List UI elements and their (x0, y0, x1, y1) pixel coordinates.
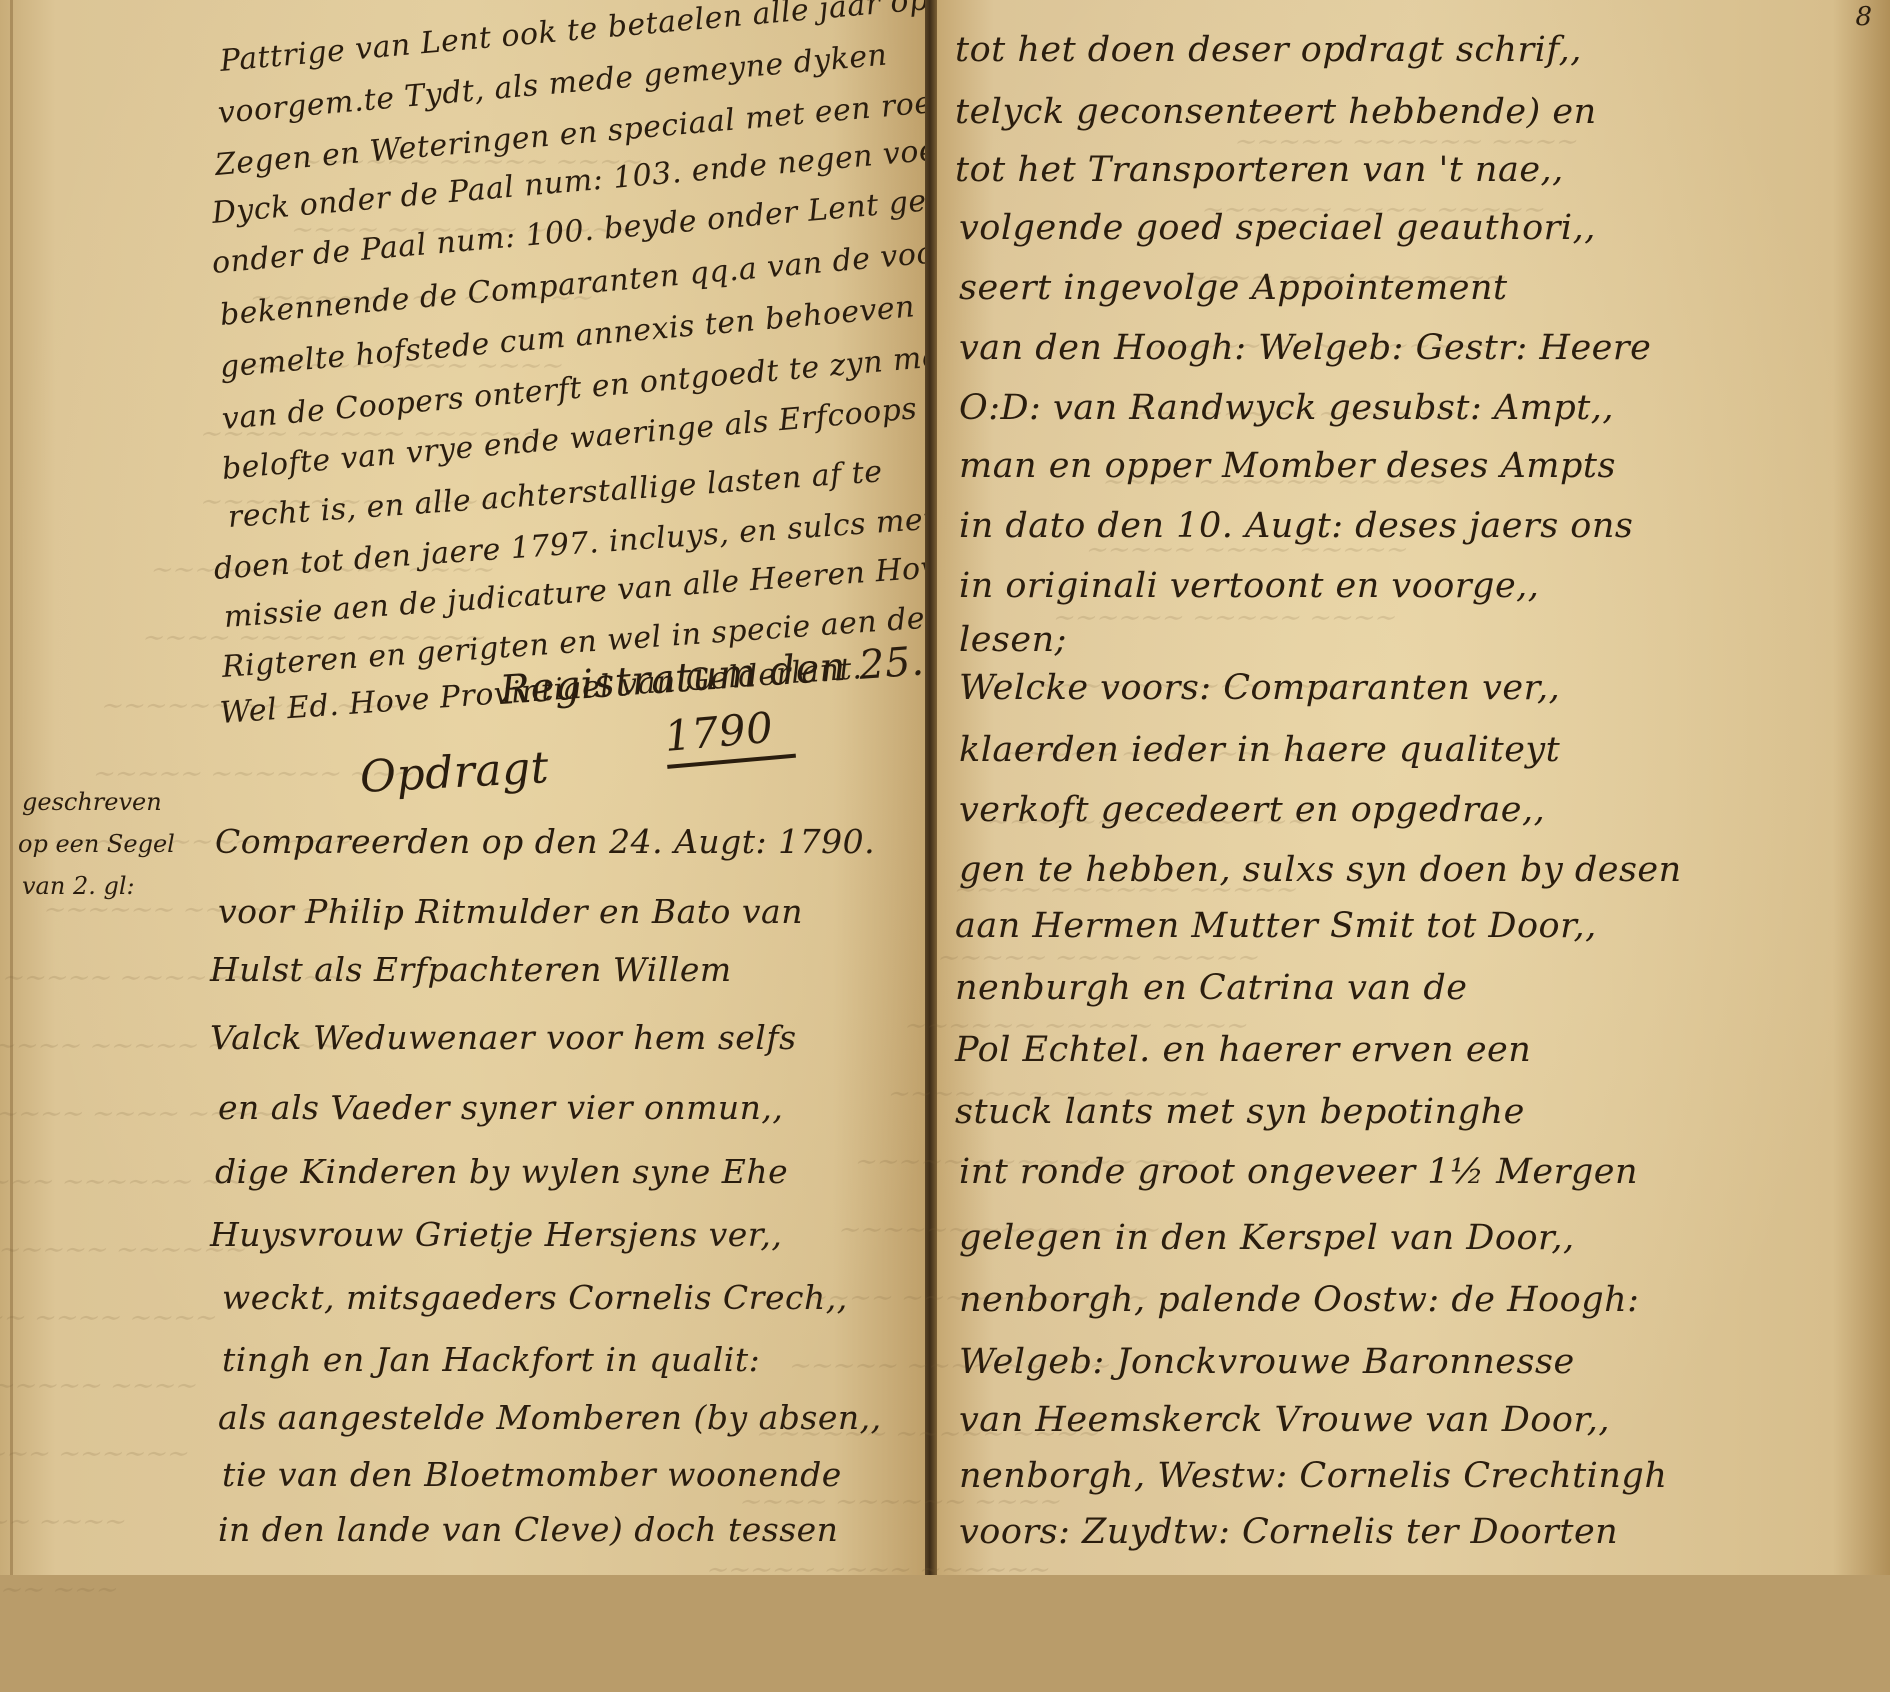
text-line: gelegen in den Kerspel van Door,, (959, 1218, 1575, 1258)
text-line: in originali vertoont en voorge,, (959, 566, 1539, 606)
margin-note-line: geschreven (22, 788, 162, 816)
right-page: ~~~~~ ~~~~~~ ~~~~ ~~~~~~ ~~~~ ~~~~~ ~~~~… (937, 0, 1890, 1575)
text-line: Huysvrouw Grietje Hersjens ver,, (210, 1215, 782, 1254)
text-line: klaerden ieder in haere qualiteyt (959, 730, 1560, 770)
text-line: voors: Zuydtw: Cornelis ter Doorten (959, 1512, 1618, 1552)
registration-year: 1790 (663, 701, 796, 769)
text-line: seert ingevolge Appointement (959, 268, 1508, 308)
text-line: Valck Weduwenaer voor hem selfs (210, 1018, 797, 1057)
text-line: Pol Echtel. en haerer erven een (955, 1030, 1531, 1070)
text-line: Welgeb: Jonckvrouwe Baronnesse (959, 1342, 1575, 1382)
text-line: stuck lants met syn bepotinghe (955, 1092, 1525, 1132)
text-line: in dato den 10. Augt: deses jaers ons (959, 506, 1633, 546)
text-line: tingh en Jan Hackfort in qualit: (222, 1340, 760, 1379)
text-line: verkoft gecedeert en opgedrae,, (959, 790, 1545, 830)
text-line: tie van den Bloetmomber woonende (222, 1455, 842, 1494)
text-line: van den Hoogh: Welgeb: Gestr: Heere (959, 328, 1651, 368)
text-line: Welcke voors: Comparanten ver,, (959, 668, 1560, 708)
text-line: in den lande van Cleve) doch tessen (218, 1510, 838, 1549)
text-line: Compareerden op den 24. Augt: 1790. (215, 822, 875, 861)
text-line: en als Vaeder syner vier onmun,, (218, 1088, 783, 1127)
section-heading: Opdragt (359, 742, 550, 803)
text-line: voor Philip Ritmulder en Bato van (218, 892, 803, 931)
text-line: aan Hermen Mutter Smit tot Door,, (955, 906, 1597, 946)
text-line: tot het doen deser opdragt schrif,, (955, 30, 1582, 70)
text-line: als aangestelde Momberen (by absen,, (218, 1398, 882, 1437)
text-line: weckt, mitsgaeders Cornelis Crech,, (222, 1278, 848, 1317)
margin-note-line: op een Segel (18, 830, 175, 858)
folio-number: 8 (1855, 2, 1872, 32)
text-line: man en opper Momber deses Ampts (959, 446, 1616, 486)
book-gutter (925, 0, 937, 1575)
text-line: O:D: van Randwyck gesubst: Ampt,, (959, 388, 1614, 428)
open-register-book: ~~~~~~ ~~~~~ ~~~~ ~~~~ ~~~~~~ ~~~~~ ~~~~… (0, 0, 1890, 1575)
text-line: nenborgh, palende Oostw: de Hoogh: (959, 1280, 1639, 1320)
text-line: dige Kinderen by wylen syne Ehe (215, 1152, 788, 1191)
text-line: lesen; (959, 620, 1067, 660)
text-line: volgende goed speciael geauthori,, (959, 208, 1596, 248)
text-line: van Heemskerck Vrouwe van Door,, (959, 1400, 1610, 1440)
text-line: nenborgh, Westw: Cornelis Crechtingh (959, 1456, 1667, 1496)
text-line: Hulst als Erfpachteren Willem (210, 950, 732, 989)
text-line: gen te hebben, sulxs syn doen by desen (959, 850, 1682, 890)
text-line: telyck geconsenteert hebbende) en (955, 92, 1597, 132)
text-line: tot het Transporteren van 't nae,, (955, 150, 1564, 190)
text-line: int ronde groot ongeveer 1½ Mergen (959, 1152, 1638, 1192)
text-line: nenburgh en Catrina van de (955, 968, 1468, 1008)
margin-note-line: van 2. gl: (22, 872, 135, 900)
left-page: ~~~~~~ ~~~~~ ~~~~ ~~~~ ~~~~~~ ~~~~~ ~~~~… (0, 0, 925, 1575)
